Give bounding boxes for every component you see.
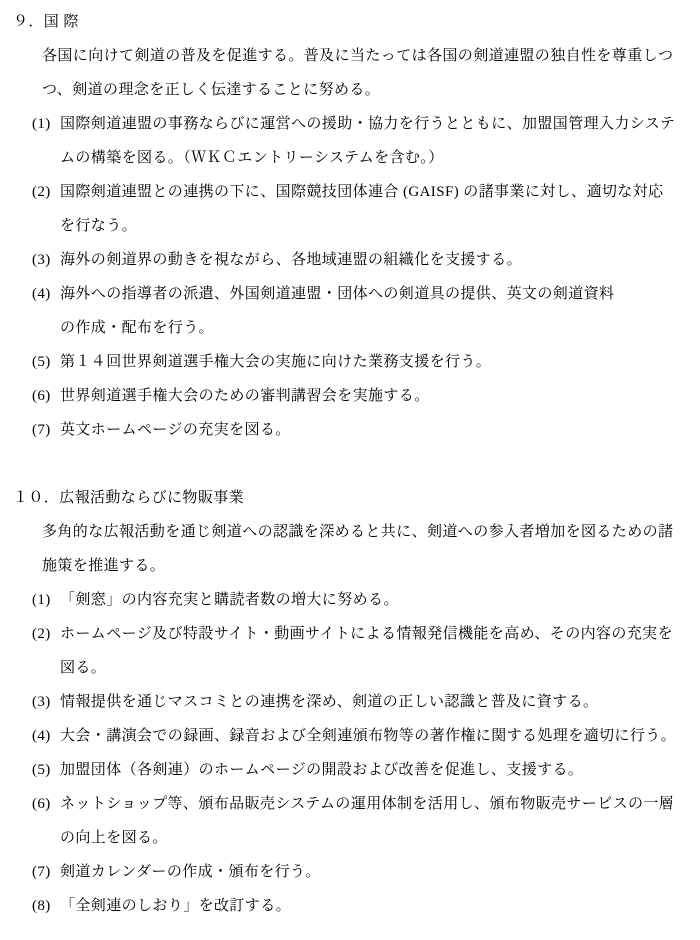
item-marker: (8) <box>32 889 60 923</box>
item-text-line: 加盟団体（各剣連）のホームページの開設および改善を促進し、支援する。 <box>60 753 700 787</box>
list-item: (3)海外の剣道界の動きを視ながら、各地域連盟の組織化を支援する。 <box>0 243 700 277</box>
item-marker: (4) <box>32 719 60 753</box>
item-text: ネットショップ等、頒布品販売システムの運用体制を活用し、頒布物販売サービスの一層… <box>60 787 700 855</box>
section-heading: １０．広報活動ならびに物販事業 <box>0 481 700 515</box>
list-item: (2)国際剣道連盟との連携の下に、国際競技団体連合 (GAISF) の諸事業に対… <box>0 175 700 243</box>
item-text: 国際剣道連盟の事務ならびに運営への援助・協力を行うとともに、加盟国管理入力システ… <box>60 107 700 175</box>
item-text-line: 大会・講演会での録画、録音および全剣連頒布物等の著作権に関する処理を適切に行う。 <box>60 719 700 753</box>
item-text-line: 剣道カレンダーの作成・頒布を行う。 <box>60 855 700 889</box>
item-marker: (4) <box>32 277 60 345</box>
section-intro: 各国に向けて剣道の普及を促進する。普及に当たっては各国の剣道連盟の独自性を尊重し… <box>0 39 700 107</box>
item-marker: (5) <box>32 753 60 787</box>
section-2: １０．広報活動ならびに物販事業多角的な広報活動を通じ剣道への認識を深めると共に、… <box>0 481 700 923</box>
item-text-line: の向上を図る。 <box>60 821 700 855</box>
item-marker: (3) <box>32 243 60 277</box>
section-heading: ９．国 際 <box>0 5 700 39</box>
item-text-line: ネットショップ等、頒布品販売システムの運用体制を活用し、頒布物販売サービスの一層 <box>60 787 700 821</box>
item-text-line: ホームページ及び特設サイト・動画サイトによる情報発信機能を高め、その内容の充実を <box>60 617 700 651</box>
item-text: 世界剣道選手権大会のための審判講習会を実施する。 <box>60 379 700 413</box>
item-text-line: 情報提供を通じマスコミとの連携を深め、剣道の正しい認識と普及に資する。 <box>60 685 700 719</box>
item-text-line: の作成・配布を行う。 <box>60 311 700 345</box>
item-text-line: 「剣窓」の内容充実と購読者数の増大に努める。 <box>60 583 700 617</box>
item-marker: (1) <box>32 583 60 617</box>
item-marker: (1) <box>32 107 60 175</box>
list-item: (7)剣道カレンダーの作成・頒布を行う。 <box>0 855 700 889</box>
item-text-line: 第１４回世界剣道選手権大会の実施に向けた業務支援を行う。 <box>60 345 700 379</box>
list-item: (6)ネットショップ等、頒布品販売システムの運用体制を活用し、頒布物販売サービス… <box>0 787 700 855</box>
item-marker: (6) <box>32 787 60 855</box>
item-marker: (2) <box>32 175 60 243</box>
item-marker: (2) <box>32 617 60 685</box>
item-text-line: 国際剣道連盟の事務ならびに運営への援助・協力を行うとともに、加盟国管理入力システ <box>60 107 700 141</box>
section-1: ９．国 際各国に向けて剣道の普及を促進する。普及に当たっては各国の剣道連盟の独自… <box>0 5 700 447</box>
list-item: (1)「剣窓」の内容充実と購読者数の増大に努める。 <box>0 583 700 617</box>
item-text: 海外の剣道界の動きを視ながら、各地域連盟の組織化を支援する。 <box>60 243 700 277</box>
item-marker: (5) <box>32 345 60 379</box>
list-item: (6)世界剣道選手権大会のための審判講習会を実施する。 <box>0 379 700 413</box>
item-text-line: 海外の剣道界の動きを視ながら、各地域連盟の組織化を支援する。 <box>60 243 700 277</box>
item-text-line: 国際剣道連盟との連携の下に、国際競技団体連合 (GAISF) の諸事業に対し、適… <box>60 175 700 209</box>
list-item: (3)情報提供を通じマスコミとの連携を深め、剣道の正しい認識と普及に資する。 <box>0 685 700 719</box>
item-text: 剣道カレンダーの作成・頒布を行う。 <box>60 855 700 889</box>
item-marker: (6) <box>32 379 60 413</box>
list-item: (4)大会・講演会での録画、録音および全剣連頒布物等の著作権に関する処理を適切に… <box>0 719 700 753</box>
item-text: 「剣窓」の内容充実と購読者数の増大に努める。 <box>60 583 700 617</box>
item-text-line: を行なう。 <box>60 209 700 243</box>
item-text: 英文ホームページの充実を図る。 <box>60 413 700 447</box>
item-text-line: 海外への指導者の派遣、外国剣道連盟・団体への剣道具の提供、英文の剣道資料 <box>60 277 700 311</box>
item-text: 「全剣連のしおり」を改訂する。 <box>60 889 700 923</box>
item-text: 加盟団体（各剣連）のホームページの開設および改善を促進し、支援する。 <box>60 753 700 787</box>
item-text-line: 英文ホームページの充実を図る。 <box>60 413 700 447</box>
section-intro: 多角的な広報活動を通じ剣道への認識を深めると共に、剣道への参入者増加を図るための… <box>0 515 700 583</box>
list-item: (5)第１４回世界剣道選手権大会の実施に向けた業務支援を行う。 <box>0 345 700 379</box>
intro-line: 多角的な広報活動を通じ剣道への認識を深めると共に、剣道への参入者増加を図るための… <box>42 515 700 549</box>
item-marker: (3) <box>32 685 60 719</box>
intro-line: 各国に向けて剣道の普及を促進する。普及に当たっては各国の剣道連盟の独自性を尊重し… <box>42 39 700 73</box>
item-text-line: ムの構築を図る。（ＷＫＣエントリーシステムを含む。） <box>60 141 700 175</box>
item-text: 第１４回世界剣道選手権大会の実施に向けた業務支援を行う。 <box>60 345 700 379</box>
item-marker: (7) <box>32 855 60 889</box>
item-marker: (7) <box>32 413 60 447</box>
item-text-line: 「全剣連のしおり」を改訂する。 <box>60 889 700 923</box>
item-text: 海外への指導者の派遣、外国剣道連盟・団体への剣道具の提供、英文の剣道資料の作成・… <box>60 277 700 345</box>
item-text: 情報提供を通じマスコミとの連携を深め、剣道の正しい認識と普及に資する。 <box>60 685 700 719</box>
list-item: (2)ホームページ及び特設サイト・動画サイトによる情報発信機能を高め、その内容の… <box>0 617 700 685</box>
intro-line: つ、剣道の理念を正しく伝達することに努める。 <box>42 73 700 107</box>
list-item: (5)加盟団体（各剣連）のホームページの開設および改善を促進し、支援する。 <box>0 753 700 787</box>
document-page: ９．国 際各国に向けて剣道の普及を促進する。普及に当たっては各国の剣道連盟の独自… <box>0 0 700 940</box>
document-content: ９．国 際各国に向けて剣道の普及を促進する。普及に当たっては各国の剣道連盟の独自… <box>0 5 700 923</box>
list-item: (8)「全剣連のしおり」を改訂する。 <box>0 889 700 923</box>
item-text-line: 世界剣道選手権大会のための審判講習会を実施する。 <box>60 379 700 413</box>
intro-line: 施策を推進する。 <box>42 549 700 583</box>
item-text: ホームページ及び特設サイト・動画サイトによる情報発信機能を高め、その内容の充実を… <box>60 617 700 685</box>
item-text: 国際剣道連盟との連携の下に、国際競技団体連合 (GAISF) の諸事業に対し、適… <box>60 175 700 243</box>
item-text-line: 図る。 <box>60 651 700 685</box>
list-item: (1)国際剣道連盟の事務ならびに運営への援助・協力を行うとともに、加盟国管理入力… <box>0 107 700 175</box>
item-text: 大会・講演会での録画、録音および全剣連頒布物等の著作権に関する処理を適切に行う。 <box>60 719 700 753</box>
list-item: (4)海外への指導者の派遣、外国剣道連盟・団体への剣道具の提供、英文の剣道資料の… <box>0 277 700 345</box>
list-item: (7)英文ホームページの充実を図る。 <box>0 413 700 447</box>
